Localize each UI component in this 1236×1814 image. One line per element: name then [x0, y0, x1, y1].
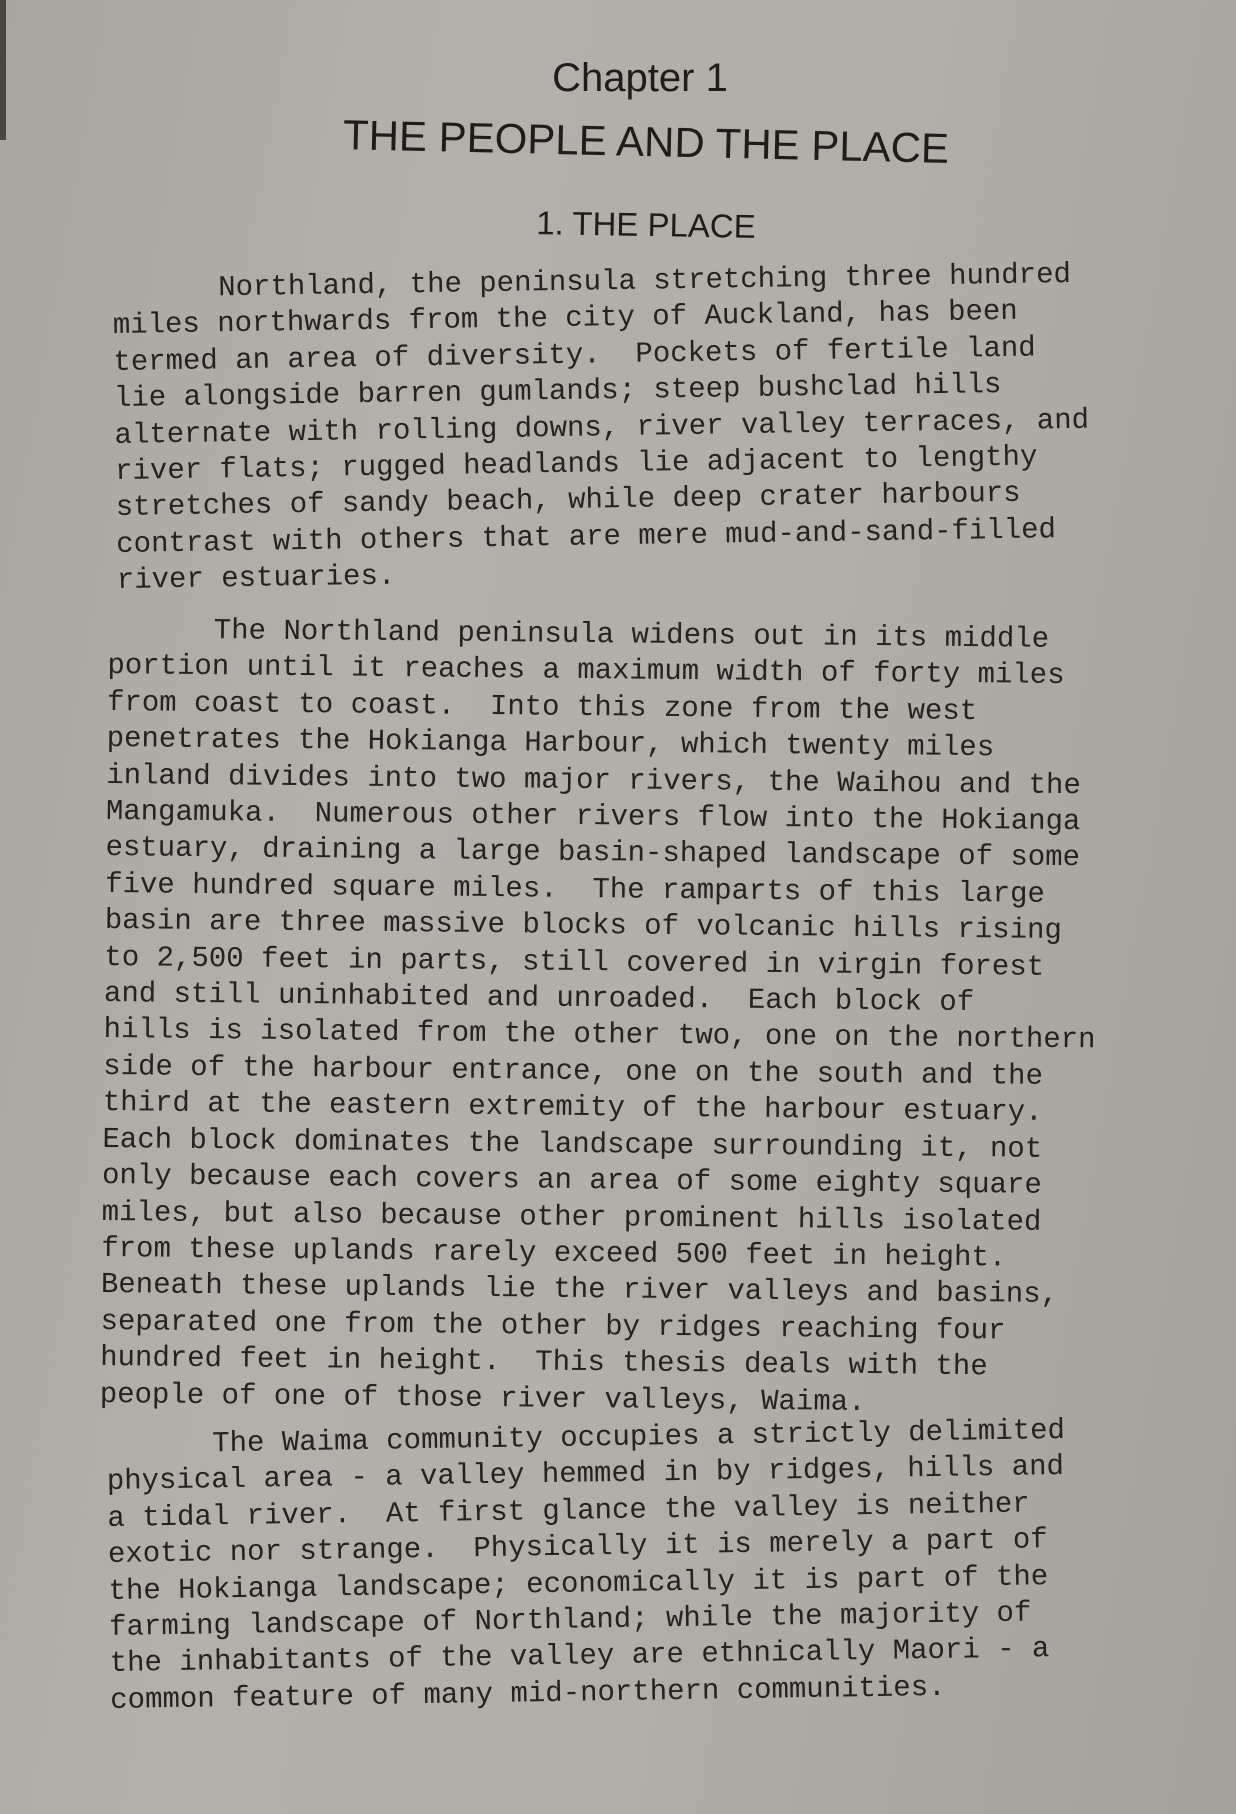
paragraph-3: The Waima community occupies a strictly …	[106, 1413, 1069, 1719]
section-title: 1. THE PLACE	[28, 195, 1236, 255]
paragraph-1: Northland, the peninsula stretching thre…	[112, 256, 1117, 599]
chapter-title: THE PEOPLE AND THE PLACE	[28, 104, 1236, 180]
chapter-label: Chapter 1	[22, 56, 1236, 101]
paragraph-2: The Northland peninsula widens out in it…	[100, 612, 1100, 1423]
body-text: Northland, the peninsula stretching thre…	[112, 272, 1112, 600]
book-page: Chapter 1 THE PEOPLE AND THE PLACE 1. TH…	[0, 0, 1236, 1814]
page-edge-shadow	[0, 0, 6, 140]
